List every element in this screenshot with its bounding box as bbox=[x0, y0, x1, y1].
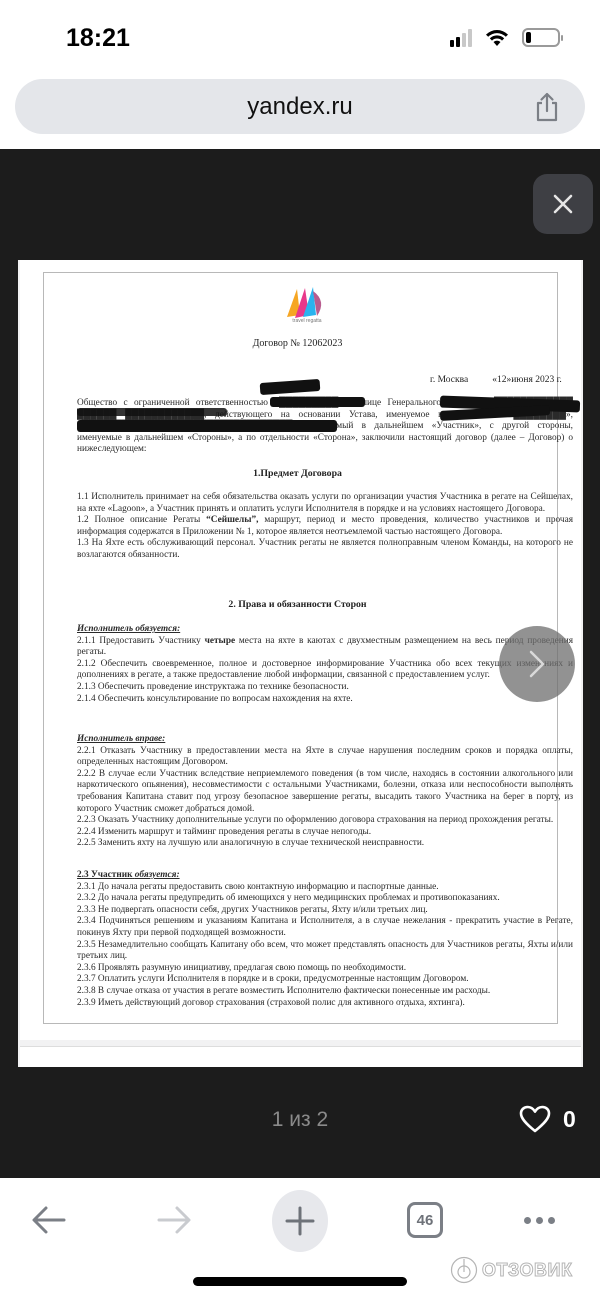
close-button[interactable] bbox=[533, 174, 593, 234]
forward-button[interactable] bbox=[146, 1192, 202, 1248]
date: «12»июня 2023 г. bbox=[492, 375, 562, 385]
clause: 2.3.6 Проявлять разумную инициативу, пре… bbox=[77, 963, 573, 975]
watermark: ОТЗОВИК bbox=[450, 1256, 572, 1284]
back-button[interactable] bbox=[21, 1192, 77, 1248]
clause: 2.3.8 В случае отказа от участия в регат… bbox=[77, 986, 573, 998]
status-icons bbox=[450, 28, 560, 47]
section-2-title: 2. Права и обязанности Сторон bbox=[20, 599, 575, 610]
clause: 2.3.1 До начала регаты предоставить свою… bbox=[77, 882, 573, 894]
like-count: 0 bbox=[563, 1106, 576, 1133]
contract-title: Договор № 12062023 bbox=[20, 338, 575, 349]
clause: 2.2.2 В случае если Участник вследствие … bbox=[77, 769, 573, 815]
clause: 2.1.3 Обеспечить проведение инструктажа … bbox=[77, 682, 573, 694]
clause: 2.3.9 Иметь действующий договор страхова… bbox=[77, 998, 573, 1010]
participant-obliged: 2.3 Участник обязуется: 2.3.1 До начала … bbox=[77, 870, 573, 1009]
logo-text: travel regatta bbox=[282, 318, 332, 324]
image-counter: 1 из 2 bbox=[0, 1108, 600, 1132]
clause: 2.2.4 Изменить маршрут и тайминг проведе… bbox=[77, 827, 573, 839]
clause: 2.3.7 Оплатить услуги Исполнителя в поря… bbox=[77, 974, 573, 986]
clause: 2.1.4 Обеспечить консультирование по воп… bbox=[77, 694, 573, 706]
clause: 2.3.3 Не подвергать опасности себя, друг… bbox=[77, 905, 573, 917]
arrow-right-icon bbox=[156, 1205, 192, 1235]
document-page-2 bbox=[20, 1046, 581, 1067]
executor-rights-heading: Исполнитель вправе: bbox=[77, 734, 573, 746]
clause: 1.2 Полное описание Регаты “Сейшелы”, ма… bbox=[77, 515, 573, 538]
status-time: 18:21 bbox=[66, 24, 130, 53]
redaction bbox=[77, 408, 227, 416]
clause: 2.2.5 Заменить яхту на лучшую или аналог… bbox=[77, 838, 573, 850]
clause: 1.3 На Яхте есть обслуживающий персонал.… bbox=[77, 538, 573, 561]
clause: 2.3.4 Подчиняться решениям и указаниям К… bbox=[77, 916, 573, 939]
chevron-right-icon bbox=[528, 649, 546, 679]
next-image-button[interactable] bbox=[499, 626, 575, 702]
url-text[interactable]: yandex.ru bbox=[15, 93, 585, 121]
clause: 2.3.2 До начала регаты предупредить об и… bbox=[77, 893, 573, 905]
clause: 1.1 Исполнитель принимает на себя обязат… bbox=[77, 492, 573, 515]
tabs-button[interactable]: 46 bbox=[397, 1192, 453, 1248]
clause: 2.3.5 Незамедлительно сообщать Капитану … bbox=[77, 940, 573, 963]
clause: 2.1.1 Предоставить Участнику четыре мест… bbox=[77, 636, 573, 659]
like-button[interactable]: 0 bbox=[519, 1105, 576, 1133]
redaction bbox=[270, 397, 365, 407]
watermark-text: ОТЗОВИК bbox=[482, 1260, 572, 1281]
section-1-body: 1.1 Исполнитель принимает на себя обязат… bbox=[77, 492, 573, 562]
executor-obliged-heading: Исполнитель обязуется: bbox=[77, 624, 573, 636]
city-date: г. Москва«12»июня 2023 г. bbox=[430, 375, 562, 385]
heart-icon bbox=[519, 1105, 551, 1133]
more-icon bbox=[524, 1217, 555, 1224]
share-icon[interactable] bbox=[533, 91, 561, 123]
executor-rights: Исполнитель вправе: 2.2.1 Отказать Участ… bbox=[77, 734, 573, 850]
menu-button[interactable] bbox=[511, 1192, 567, 1248]
otzovik-logo-icon bbox=[450, 1256, 478, 1284]
arrow-left-icon bbox=[31, 1205, 67, 1235]
status-bar: 18:21 bbox=[0, 0, 600, 78]
redaction bbox=[77, 420, 337, 432]
document-page-1: travel regatta Договор № 12062023 г. Мос… bbox=[20, 260, 581, 1040]
section-1-title: 1.Предмет Договора bbox=[20, 468, 575, 479]
battery-icon bbox=[522, 28, 560, 47]
plus-icon bbox=[285, 1206, 315, 1236]
participant-obliged-heading: 2.3 Участник обязуется: bbox=[77, 870, 573, 882]
home-indicator bbox=[193, 1277, 407, 1286]
clause: 2.2.3 Оказать Участнику дополнительные у… bbox=[77, 815, 573, 827]
travel-regatta-logo bbox=[285, 285, 329, 319]
city: г. Москва bbox=[430, 375, 468, 385]
address-bar[interactable]: yandex.ru bbox=[15, 79, 585, 134]
close-icon bbox=[552, 193, 574, 215]
cellular-signal-icon bbox=[450, 29, 472, 47]
tabs-count: 46 bbox=[407, 1202, 443, 1238]
wifi-icon bbox=[484, 28, 510, 47]
clause: 2.2.1 Отказать Участнику в предоставлени… bbox=[77, 746, 573, 769]
new-tab-button[interactable] bbox=[272, 1190, 328, 1252]
